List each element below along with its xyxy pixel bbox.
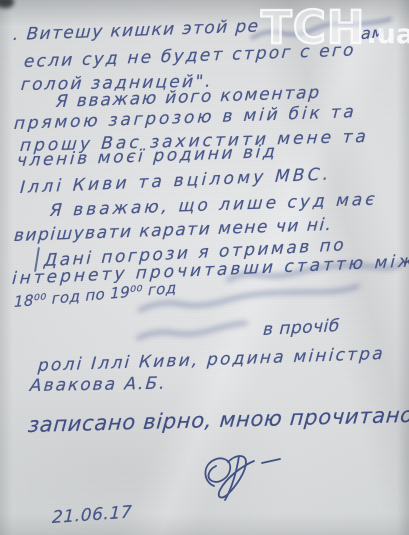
redacted-blur-tail xyxy=(246,16,396,50)
handwriting-line: . Витешу кишки этой ре xyxy=(12,16,260,45)
signature-dash xyxy=(262,459,280,463)
date-text: 21.06.17 xyxy=(52,502,133,528)
redacted-blur-block xyxy=(128,260,408,358)
corner-mark xyxy=(0,0,14,8)
handwriting-line: Авакова А.Б. xyxy=(29,374,167,396)
attestation-line: записано вірно, мною прочитано xyxy=(27,403,409,437)
signature-scribble xyxy=(192,448,307,508)
photo-of-handwritten-statement: . Витешу кишки этой ре ам если суд не бу… xyxy=(0,0,409,535)
